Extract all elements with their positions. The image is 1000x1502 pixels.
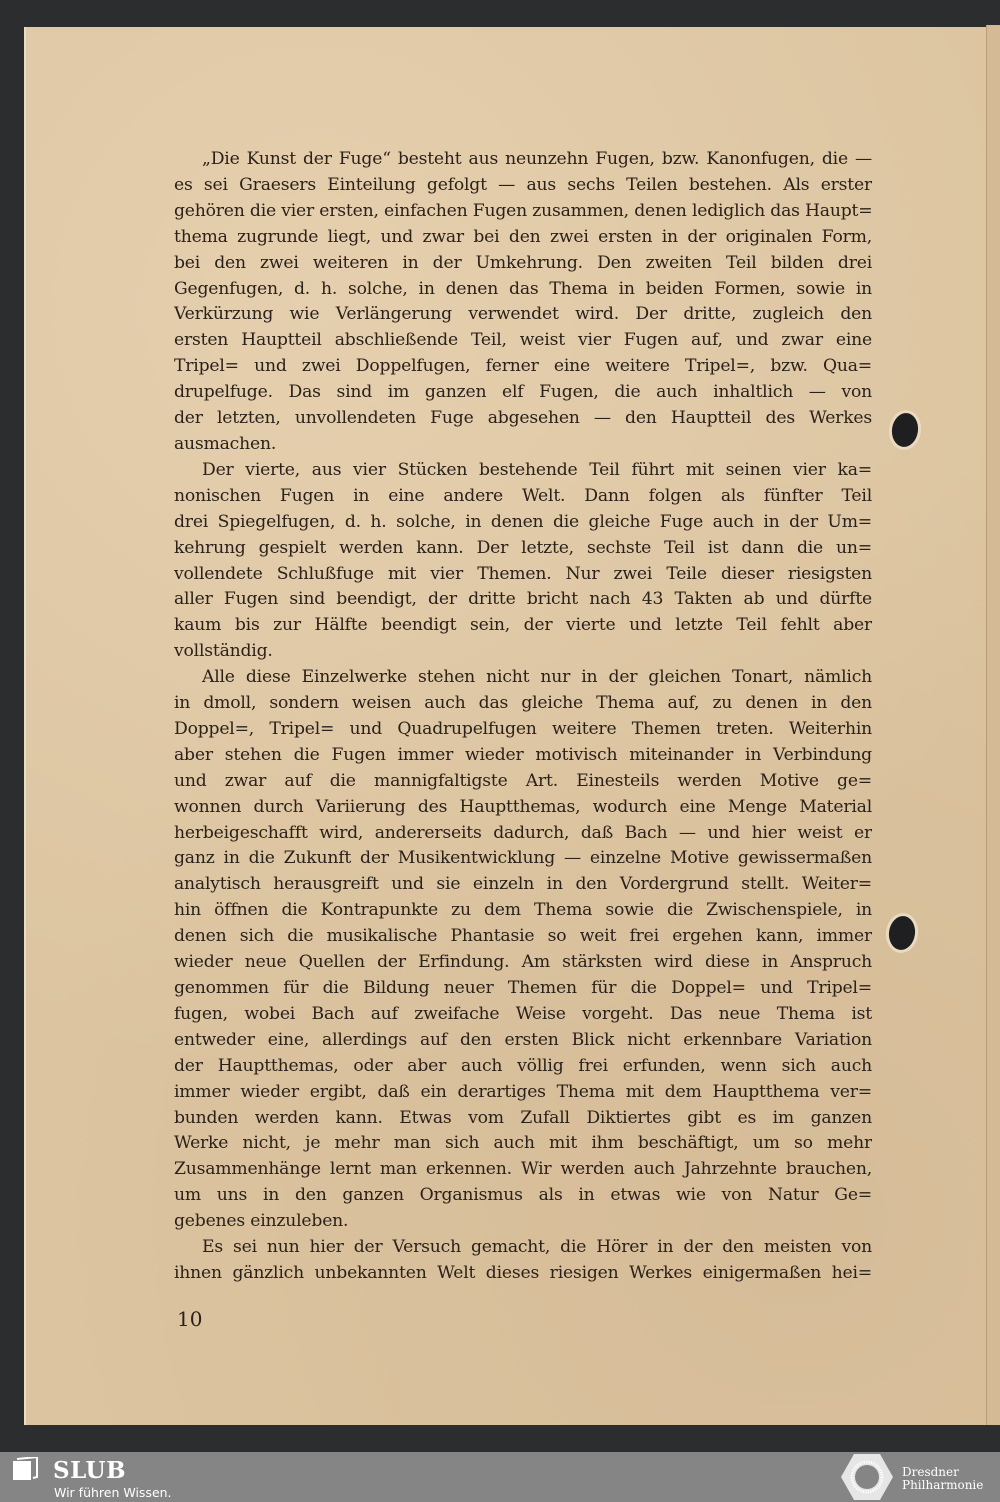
text-line: thema zugrunde liegt, und zwar bei den z… [174, 225, 872, 251]
text-line: drei Spiegelfugen, d. h. solche, in dene… [174, 510, 872, 536]
text-line: herbeigeschafft wird, andererseits dadur… [174, 821, 872, 847]
text-line: der Hauptthemas, oder aber auch völlig f… [174, 1054, 872, 1080]
text-line: Es sei nun hier der Versuch gemacht, die… [174, 1235, 872, 1261]
partner-line-2: Philharmonie [902, 1479, 983, 1492]
text-line: aber stehen die Fugen immer wieder motiv… [174, 743, 872, 769]
text-line: gebenes einzuleben. [174, 1209, 872, 1235]
philharmonie-sunburst-icon [840, 1453, 894, 1501]
text-line: wonnen durch Variierung des Hauptthemas,… [174, 795, 872, 821]
text-line: Gegenfugen, d. h. solche, in denen das T… [174, 277, 872, 303]
text-line: um uns in den ganzen Organismus als in e… [174, 1183, 872, 1209]
text-line: hin öffnen die Kontrapunkte zu dem Thema… [174, 898, 872, 924]
text-line: kehrung gespielt werden kann. Der letzte… [174, 536, 872, 562]
footer-bar: SLUB Wir führen Wissen. Dresdner Philhar… [0, 1452, 1000, 1502]
text-line: vollendete Schlußfuge mit vier Themen. N… [174, 562, 872, 588]
text-line: Tripel= und zwei Doppelfugen, ferner ein… [174, 354, 872, 380]
text-line: fugen, wobei Bach auf zweifache Weise vo… [174, 1002, 872, 1028]
text-line: Zusammenhänge lernt man erkennen. Wir we… [174, 1157, 872, 1183]
body-text: „Die Kunst der Fuge“ besteht aus neunzeh… [174, 147, 872, 1287]
text-line: ausmachen. [174, 432, 872, 458]
text-line: der letzten, unvollendeten Fuge abgesehe… [174, 406, 872, 432]
text-line: es sei Graesers Einteilung gefolgt — aus… [174, 173, 872, 199]
text-line: ersten Hauptteil abschließende Teil, wei… [174, 328, 872, 354]
text-line: nonischen Fugen in eine andere Welt. Dan… [174, 484, 872, 510]
adjacent-page-edge [986, 25, 1000, 1425]
text-line: aller Fugen sind beendigt, der dritte br… [174, 587, 872, 613]
text-line: gehören die vier ersten, einfachen Fugen… [174, 199, 872, 225]
text-line: analytisch herausgreift und sie einzeln … [174, 872, 872, 898]
text-line: „Die Kunst der Fuge“ besteht aus neunzeh… [174, 147, 872, 173]
slub-tagline: Wir führen Wissen. [54, 1485, 172, 1500]
text-line: genommen für die Bildung neuer Themen fü… [174, 976, 872, 1002]
text-line: Alle diese Einzelwerke stehen nicht nur … [174, 665, 872, 691]
text-line: drupelfuge. Das sind im ganzen elf Fugen… [174, 380, 872, 406]
text-line: ganz in die Zukunft der Musikentwicklung… [174, 846, 872, 872]
text-line: Doppel=, Tripel= und Quadrupelfugen weit… [174, 717, 872, 743]
scanned-page-viewport: „Die Kunst der Fuge“ besteht aus neunzeh… [0, 0, 1000, 1452]
page-number: 10 [177, 1307, 202, 1331]
text-line: bunden werden kann. Etwas vom Zufall Dik… [174, 1106, 872, 1132]
text-line: in dmoll, sondern weisen auch das gleich… [174, 691, 872, 717]
text-line: kaum bis zur Hälfte beendigt sein, der v… [174, 613, 872, 639]
text-line: Werke nicht, je mehr man sich auch mit i… [174, 1131, 872, 1157]
text-line: Verkürzung wie Verlängerung verwendet wi… [174, 302, 872, 328]
text-line: Der vierte, aus vier Stücken bestehende … [174, 458, 872, 484]
text-line: vollständig. [174, 639, 872, 665]
slub-logo-text[interactable]: SLUB [53, 1457, 126, 1484]
text-line: bei den zwei weiteren in der Umkehrung. … [174, 251, 872, 277]
text-line: immer wieder ergibt, daß ein derartiges … [174, 1080, 872, 1106]
text-line: und zwar auf die mannigfaltigste Art. Ei… [174, 769, 872, 795]
slub-book-icon [12, 1457, 42, 1481]
text-line: wieder neue Quellen der Erfindung. Am st… [174, 950, 872, 976]
text-line: denen sich die musikalische Phantasie so… [174, 924, 872, 950]
text-line: ihnen gänzlich unbekannten Welt dieses r… [174, 1261, 872, 1287]
text-line: entweder eine, allerdings auf den ersten… [174, 1028, 872, 1054]
partner-logo-text[interactable]: Dresdner Philharmonie [902, 1466, 983, 1492]
